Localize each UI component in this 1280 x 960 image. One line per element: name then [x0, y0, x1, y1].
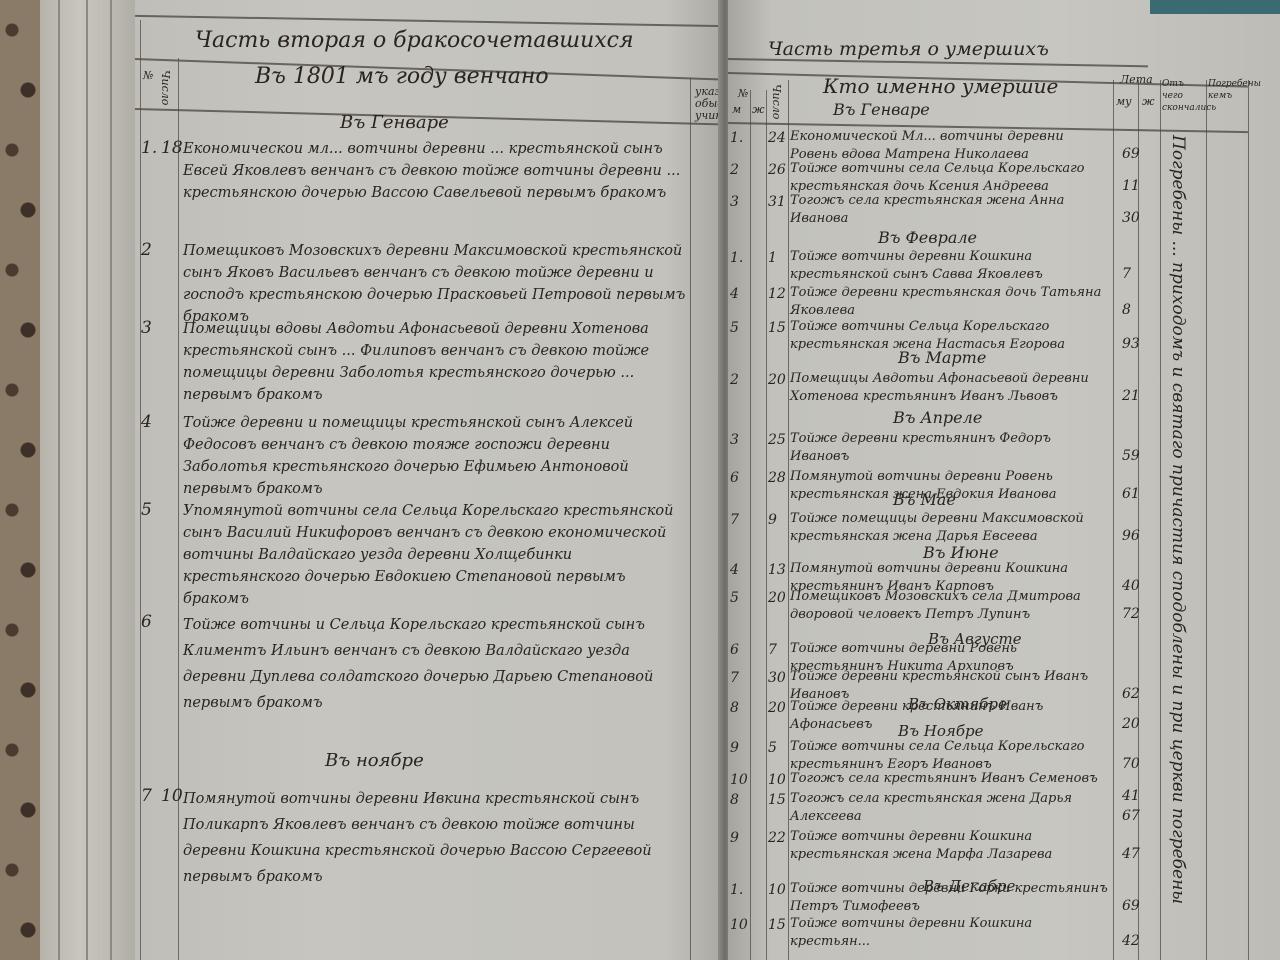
- entry-text: Тойже вотчины Сельца Корельскаго крестья…: [790, 318, 1110, 354]
- entry-day: 22: [768, 830, 786, 846]
- entry-day: 10: [161, 786, 183, 806]
- col-age-male: му: [1116, 96, 1132, 108]
- col-age-label: Лета: [1120, 74, 1153, 86]
- entry-text: Тойже вотчины села Сельца Корельскаго кр…: [790, 738, 1110, 774]
- entry-age: 42: [1122, 933, 1140, 949]
- entry-number: 1.: [730, 882, 743, 898]
- entry-text: Помещиковъ Мозовскихъ села Дмитрова двор…: [790, 588, 1110, 624]
- entry-day: 20: [768, 700, 786, 716]
- entry-day: 25: [768, 432, 786, 448]
- entry-day: 24: [768, 130, 786, 146]
- marriage-entry: 2 Помещиковъ Мозовскихъ деревни Максимов…: [135, 240, 690, 330]
- entry-text: Помещиковъ Мозовскихъ деревни Максимовск…: [183, 240, 688, 328]
- entry-number: 6: [730, 470, 739, 486]
- col-age-female: ж: [1142, 96, 1155, 108]
- month-heading: Въ Генваре: [833, 100, 930, 119]
- month-heading: Въ Феврале: [878, 228, 977, 247]
- col-day-label: Число: [770, 84, 782, 119]
- entry-number: 4: [141, 412, 152, 432]
- entry-text: Тойже вотчины деревни Кошкина крестьян..…: [790, 915, 1110, 951]
- entry-number: 7: [730, 670, 739, 686]
- entry-text: Тойже деревни и помещицы крестьянской сы…: [183, 412, 688, 500]
- entry-number: 3: [730, 432, 739, 448]
- death-entry: 95Тойже вотчины села Сельца Корельскаго …: [728, 738, 1198, 772]
- right-page-deaths: Часть третья о умершихъ № м ж Число Кто …: [728, 0, 1280, 960]
- entry-text: Тойже помещицы деревни Максимовской крес…: [790, 510, 1110, 546]
- entry-text: Тогожъ села крестьянская жена Дарья Алек…: [790, 790, 1110, 826]
- death-entry: 628Помянутой вотчины деревни Ровень крес…: [728, 468, 1198, 502]
- entry-text: Тойже вотчины деревни Кошкина крестьянск…: [790, 248, 1110, 284]
- marriage-entry: 3 Помещицы вдовы Авдотьи Афонасьевой дер…: [135, 318, 690, 413]
- death-entry: 331Тогожъ села крестьянская жена Анна Ив…: [728, 192, 1198, 226]
- entry-text: Економической Мл... вотчины деревни Рове…: [790, 128, 1110, 164]
- entry-number: 2: [730, 162, 739, 178]
- entry-day: 15: [768, 917, 786, 933]
- death-entry: 922Тойже вотчины деревни Кошкина крестья…: [728, 828, 1198, 862]
- death-entry: 730Тойже деревни крестьянской сынъ Иванъ…: [728, 668, 1198, 702]
- death-entry: 79Тойже помещицы деревни Максимовской кр…: [728, 510, 1198, 544]
- entry-age: 93: [1122, 336, 1140, 352]
- entry-day: 20: [768, 372, 786, 388]
- col-number-label: №: [738, 88, 748, 100]
- entry-day: 5: [768, 740, 777, 756]
- entry-age: 69: [1122, 898, 1140, 914]
- entry-text: Економическои мл... вотчины деревни ... …: [183, 138, 688, 204]
- col-female-label: ж: [752, 104, 765, 116]
- entry-age: 96: [1122, 528, 1140, 544]
- entry-day: 12: [768, 286, 786, 302]
- entry-text: Тойже деревни крестьянинъ Федоръ Ивановъ: [790, 430, 1110, 466]
- death-entry: 1.24Економической Мл... вотчины деревни …: [728, 128, 1198, 162]
- marriage-entry: 5 Упомянутой вотчины села Сельца Корельс…: [135, 500, 690, 610]
- book-cover-binding: [0, 0, 40, 960]
- death-entry: 1.10Тойже вотчины деревни Горки крестьян…: [728, 880, 1198, 914]
- entry-text: Тойже вотчины и Сельца Корельскаго крест…: [183, 612, 688, 716]
- month-heading: Въ Генваре: [340, 112, 449, 133]
- entry-day: 13: [768, 562, 786, 578]
- entry-number: 10: [730, 917, 748, 933]
- entry-number: 1.: [730, 250, 743, 266]
- entry-number: 3: [141, 318, 152, 338]
- entry-number: 1.: [730, 130, 743, 146]
- entry-day: 10: [768, 882, 786, 898]
- death-entry: 412Тойже деревни крестьянская дочь Татья…: [728, 284, 1198, 318]
- entry-text: Помянутой вотчины деревни Ивкина крестья…: [183, 786, 688, 890]
- col-burial-label: Погребены кемъ: [1208, 78, 1248, 102]
- entry-age: 20: [1122, 716, 1140, 732]
- entry-age: 59: [1122, 448, 1140, 464]
- entry-number: 7: [141, 786, 152, 806]
- death-entry: 226Тойже вотчины села Сельца Корельскаго…: [728, 160, 1198, 194]
- month-heading: Въ ноябре: [325, 750, 424, 771]
- death-entry: 520Помещиковъ Мозовскихъ села Дмитрова д…: [728, 588, 1198, 622]
- entry-day: 26: [768, 162, 786, 178]
- entry-number: 8: [730, 792, 739, 808]
- entry-number: 10: [730, 772, 748, 788]
- entry-day: 7: [768, 642, 777, 658]
- death-entry: 325Тойже деревни крестьянинъ Федоръ Иван…: [728, 430, 1198, 464]
- entry-age: 47: [1122, 846, 1140, 862]
- marriage-entry: 4 Тойже деревни и помещицы крестьянской …: [135, 412, 690, 507]
- page-edges: [40, 0, 140, 960]
- entry-number: 5: [141, 500, 152, 520]
- entry-text: Тогожъ села крестьянская жена Анна Ивано…: [790, 192, 1110, 228]
- part-title: Часть вторая о бракосочетавшихся: [195, 28, 634, 53]
- entry-text: Тогожъ села крестьянинъ Иванъ Семеновъ: [790, 770, 1110, 788]
- entry-age: 8: [1122, 302, 1131, 318]
- death-entry: 820Тойже деревни крестьянинъ Иванъ Афона…: [728, 698, 1198, 732]
- entry-number: 5: [730, 590, 739, 606]
- entry-day: 15: [768, 320, 786, 336]
- col-day-label: Число: [159, 70, 171, 105]
- entry-number: 3: [730, 194, 739, 210]
- entry-age: 30: [1122, 210, 1140, 226]
- entry-text: Тойже вотчины деревни Горки крестьянинъ …: [790, 880, 1110, 916]
- death-entry: 515Тойже вотчины Сельца Корельскаго крес…: [728, 318, 1198, 352]
- entry-number: 7: [730, 512, 739, 528]
- entry-age: 61: [1122, 486, 1140, 502]
- entry-text: Тойже вотчины села Сельца Корельскаго кр…: [790, 160, 1110, 196]
- entry-day: 18: [161, 138, 183, 158]
- death-entry: 220Помещицы Авдотьи Афонасьевой деревни …: [728, 370, 1198, 404]
- entry-text: Помещицы Авдотьи Афонасьевой деревни Хот…: [790, 370, 1110, 406]
- entry-age: 67: [1122, 808, 1140, 824]
- entry-day: 10: [768, 772, 786, 788]
- entry-text: Тойже деревни крестьянская дочь Татьяна …: [790, 284, 1110, 320]
- death-entry: 1015Тойже вотчины деревни Кошкина кресть…: [728, 915, 1198, 949]
- entry-age: 21: [1122, 388, 1140, 404]
- left-page-marriages: Часть вторая о бракосочетавшихся № Число…: [135, 0, 725, 960]
- entry-day: 1: [768, 250, 777, 266]
- marriage-entry: 6 Тойже вотчины и Сельца Корельскаго кре…: [135, 612, 690, 737]
- col-confession-label: Отъ чего скончались: [1162, 78, 1206, 114]
- marriage-entry: 1. 18 Економическои мл... вотчины деревн…: [135, 138, 690, 238]
- entry-text: Помещицы вдовы Авдотьи Афонасьевой дерев…: [183, 318, 688, 406]
- entry-text: Помянутой вотчины деревни Ровень крестья…: [790, 468, 1110, 504]
- entry-text: Тойже деревни крестьянинъ Иванъ Афонасье…: [790, 698, 1110, 734]
- entry-text: Тойже вотчины деревни Кошкина крестьянск…: [790, 828, 1110, 864]
- main-heading: Въ 1801 мъ году венчано: [255, 64, 549, 89]
- entry-text: Упомянутой вотчины села Сельца Корельска…: [183, 500, 688, 610]
- entry-number: 9: [730, 830, 739, 846]
- entry-day: 30: [768, 670, 786, 686]
- entry-number: 2: [141, 240, 152, 260]
- entry-age: 72: [1122, 606, 1140, 622]
- entry-number: 4: [730, 286, 739, 302]
- entry-number: 4: [730, 562, 739, 578]
- entry-number: 9: [730, 740, 739, 756]
- part-title: Часть третья о умершихъ: [768, 38, 1049, 60]
- month-heading: Въ Апреле: [893, 408, 982, 427]
- entry-day: 31: [768, 194, 786, 210]
- entry-number: 1.: [141, 138, 157, 158]
- entry-number: 6: [141, 612, 152, 632]
- col-male-label: м: [732, 104, 741, 116]
- entry-age: 7: [1122, 266, 1131, 282]
- tape-strip: [1150, 0, 1280, 14]
- entry-day: 9: [768, 512, 777, 528]
- marriage-entry: 7 10 Помянутой вотчины деревни Ивкина кр…: [135, 786, 690, 916]
- entry-day: 28: [768, 470, 786, 486]
- entry-number: 5: [730, 320, 739, 336]
- entry-number: 2: [730, 372, 739, 388]
- main-heading: Кто именно умершие: [823, 74, 1058, 98]
- entry-day: 20: [768, 590, 786, 606]
- death-entry: 1.1Тойже вотчины деревни Кошкина крестья…: [728, 248, 1198, 282]
- death-entry: 815Тогожъ села крестьянская жена Дарья А…: [728, 790, 1198, 824]
- entry-number: 8: [730, 700, 739, 716]
- entry-day: 15: [768, 792, 786, 808]
- entry-number: 6: [730, 642, 739, 658]
